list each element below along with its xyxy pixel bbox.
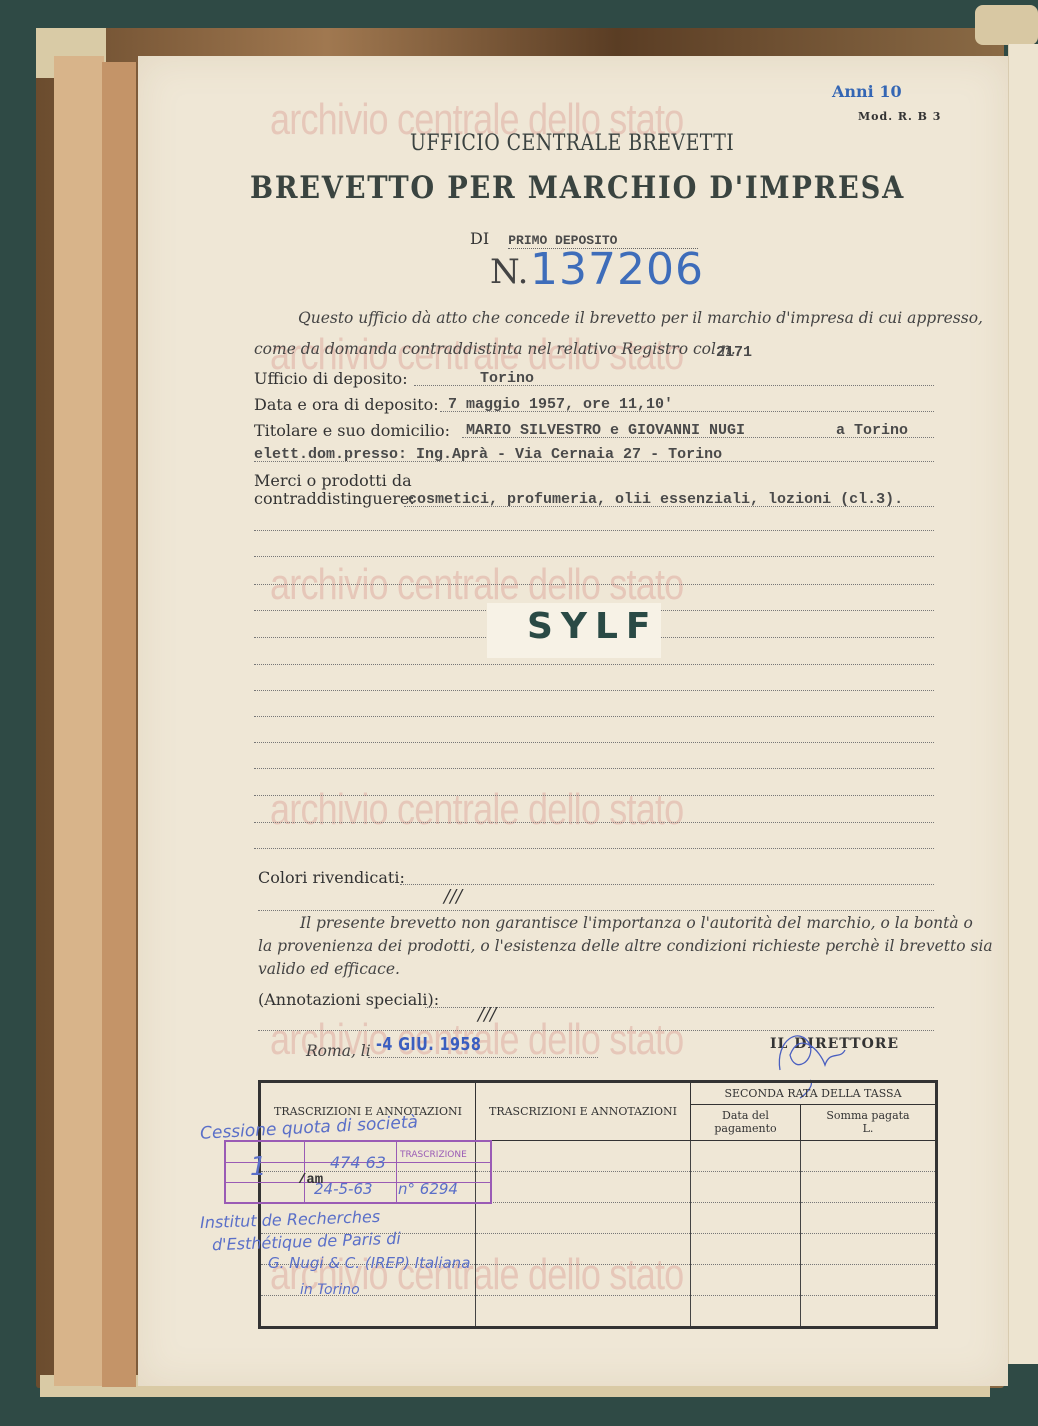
ufficio-label: Ufficio di deposito: [254, 369, 408, 388]
register-number: 2171 [716, 344, 752, 361]
field-rule [368, 1057, 598, 1058]
somma-unit: L. [863, 1122, 874, 1135]
stamp-label: TRASCRIZIONE [400, 1150, 467, 1160]
table-row [260, 1295, 937, 1327]
colori-label: Colori rivendicati: [258, 868, 405, 887]
place-label: Roma, li [306, 1042, 371, 1060]
col-header-somma: Somma pagataL. [801, 1105, 937, 1140]
blank-rule [254, 848, 934, 849]
binder-cloth-spine [975, 5, 1038, 45]
titolare-label: Titolare e suo domicilio: [254, 421, 450, 440]
intro-text-line2: come da domanda contraddistinta nel rela… [254, 340, 736, 358]
blank-rule [254, 664, 934, 665]
merci-label-line2: contraddistinguere: [254, 490, 415, 508]
anni-stamp: Anni 10 [832, 82, 902, 101]
field-rule [400, 884, 934, 885]
blank-rule [254, 742, 934, 743]
next-page-edge [1008, 44, 1038, 1364]
blank-rule [254, 556, 934, 557]
stamp-ref: 474 63 [330, 1153, 386, 1172]
merci-label-line1: Merci o prodotti da [254, 472, 415, 490]
annotazioni-value: /// [478, 1004, 496, 1025]
stamp-divider [396, 1142, 397, 1202]
office-heading: UFFICIO CENTRALE BREVETTI [410, 131, 734, 156]
col-header-data: Data del pagamento [691, 1105, 801, 1140]
date-stamp: -4 GIU. 1958 [376, 1034, 481, 1055]
blank-rule [254, 795, 934, 796]
paper-flap-inner [102, 62, 136, 1387]
stamp-number: 1 [250, 1152, 267, 1182]
blank-rule [254, 768, 934, 769]
disclaimer-line1: Il presente brevetto non garantisce l'im… [300, 914, 973, 932]
col-header-trascrizioni-2: TRASCRIZIONI E ANNOTAZIONI [476, 1082, 691, 1141]
somma-label: Somma pagata [826, 1109, 909, 1122]
paper-flap [54, 56, 104, 1386]
handwritten-note-line3: G. Nugi & C. (IREP) Italiana [268, 1254, 470, 1272]
number-label: N. [490, 252, 528, 292]
annotazioni-label: (Annotazioni speciali): [258, 990, 439, 1009]
handwritten-note-line4: in Torino [300, 1282, 360, 1298]
col-header-seconda-rata: SECONDA RATA DELLA TASSA [691, 1082, 937, 1105]
titolare-value: MARIO SILVESTRO e GIOVANNI NUGI [466, 422, 745, 439]
disclaimer-line2: la provenienza dei prodotti, o l'esisten… [258, 937, 993, 955]
archive-watermark: archivio centrale dello stato [270, 785, 683, 835]
field-rule [425, 1007, 934, 1008]
patent-number: 137206 [530, 244, 704, 295]
titolare-city: a Torino [836, 422, 908, 439]
merci-label: Merci o prodotti da contraddistinguere: [254, 472, 415, 508]
intro-text-line1: Questo ufficio dà atto che concede il br… [298, 309, 983, 327]
blank-rule [254, 530, 934, 531]
data-label: Data e ora di deposito: [254, 395, 439, 414]
merci-value: cosmetici, profumeria, olii essenziali, … [408, 491, 903, 508]
blank-rule [254, 584, 934, 585]
stamp-n: n° 6294 [398, 1180, 458, 1198]
document-title: BREVETTO PER MARCHIO D'IMPRESA [250, 170, 905, 206]
trademark-name: SYLF [527, 606, 659, 647]
stamp-date-hand: 24-5-63 [314, 1180, 373, 1198]
titolare-address: elett.dom.presso: Ing.Aprà - Via Cernaia… [254, 446, 722, 463]
di-label: DI [470, 229, 489, 248]
model-code: Mod. R. B 3 [858, 110, 941, 123]
blank-rule [254, 822, 934, 823]
blank-rule [254, 716, 934, 717]
disclaimer-line3: valido ed efficace. [258, 960, 400, 978]
data-value: 7 maggio 1957, ore 11,10' [448, 396, 673, 413]
blank-rule [254, 690, 934, 691]
field-rule [258, 910, 934, 911]
colori-value: /// [444, 886, 462, 907]
ufficio-value: Torino [480, 370, 534, 387]
